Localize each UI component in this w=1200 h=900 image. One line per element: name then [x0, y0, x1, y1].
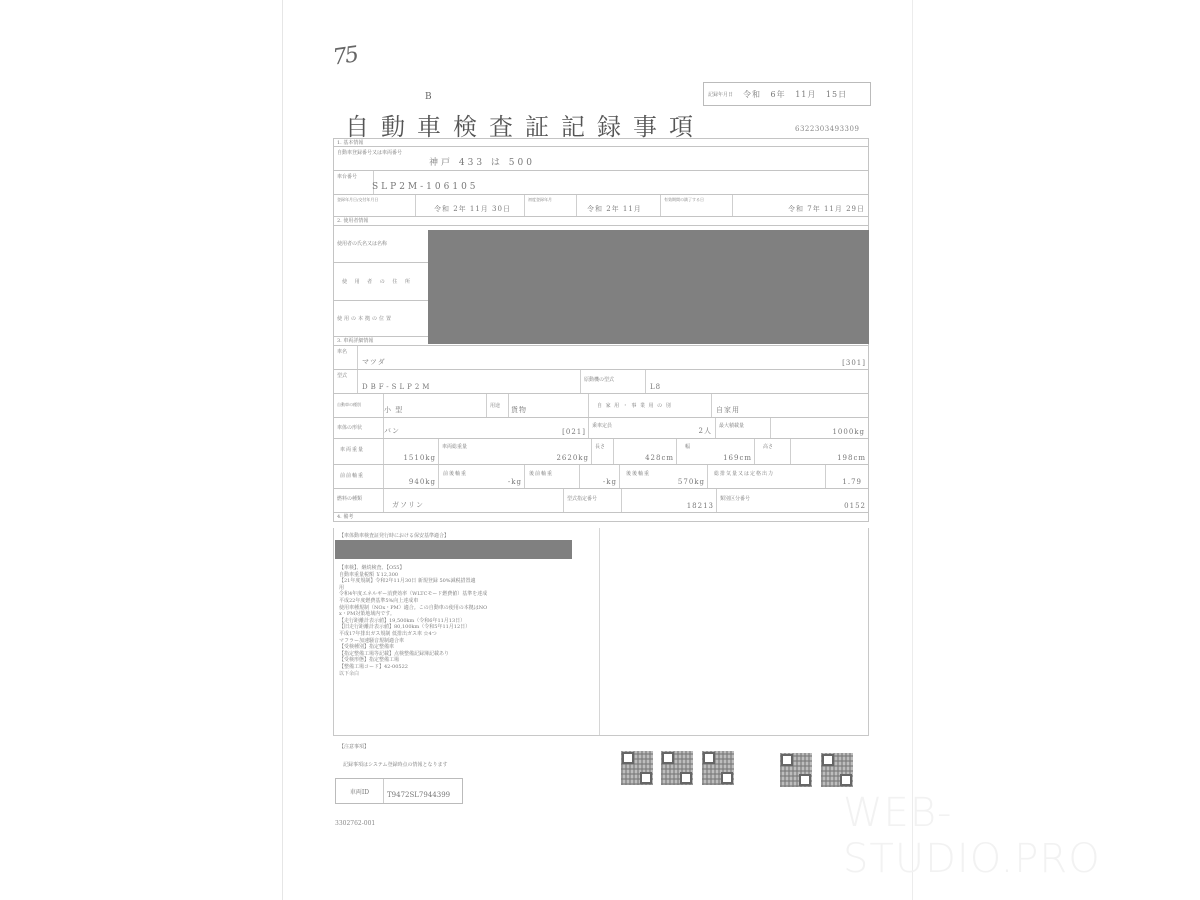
chassis-value: SLP2M-106105 [372, 182, 479, 192]
fuel-row: 燃料の種類 ガソリン 型式指定番号 18213 類別区分番号 0152 [333, 489, 869, 513]
use-label: 用途 [490, 403, 500, 409]
purpose-label: 自 家 用 ・ 事 業 用 の 別 [597, 403, 672, 409]
remarks-box: 【車体動車検査証発行時における保安基準適合】 【車検】、継続検査、【O55】 自… [333, 528, 869, 736]
make-value: マツダ [362, 357, 386, 367]
type-designation-label: 型式指定番号 [567, 496, 597, 502]
model-label: 型式 [337, 373, 347, 379]
registration-label: 自動車登録番号又は車両番号 [337, 150, 402, 156]
engine-label: 原動機の型式 [584, 377, 614, 383]
width-value: 169cm [723, 454, 752, 462]
rear-axle-value: 570kg [678, 478, 705, 486]
axle-row: 前前軸重 940kg 前後軸重 -kg 後前軸重 -kg 後後軸重 570kg … [333, 465, 869, 489]
expiry-value: 令和 7年 11月 29日 [788, 204, 865, 214]
handwritten-note: 75 [331, 42, 358, 70]
expiry-label: 有効期間の満了する日 [664, 197, 704, 202]
page-edge-right [912, 0, 913, 900]
max-load-label: 最大積載量 [719, 423, 744, 429]
user-address-label: 使 用 者 の 住 所 [342, 279, 413, 285]
record-date-box: 記録年月日 令和 6年 11月 15日 [703, 82, 871, 106]
notes-text: 記録事項はシステム登録時点の情報となります [343, 761, 448, 768]
make-code: [301] [842, 359, 866, 367]
rear-front-axle-value: -kg [603, 478, 617, 486]
displacement-value: 1.79 [842, 478, 862, 486]
record-date-value: 令和 6年 11月 15日 [743, 89, 847, 100]
engine-value: L8 [650, 383, 661, 391]
dates-row: 登録年月日/交付年月日 令和 2年 11月 30日 初度登録年月 令和 2年 1… [333, 195, 869, 217]
class-label: 自動車の種別 [337, 402, 361, 407]
category-label: 類別区分番号 [720, 496, 750, 502]
purpose-value: 自家用 [716, 405, 740, 415]
max-load-value: 1000kg [832, 428, 865, 436]
qr-code-5-icon [821, 753, 853, 787]
remarks-text: 【車検】、継続検査、【O55】 自動車重量税額 ￥12,300 【21年度規制】… [339, 565, 601, 677]
rear-axle-label: 後後軸重 [626, 471, 650, 477]
redaction-user-info [428, 230, 869, 344]
document-title: 自動車検査証記録事項 [345, 107, 705, 142]
base-location-label: 使用の本拠の位置 [337, 316, 393, 322]
page-edge-left [282, 0, 283, 900]
footer-code: 3302762-001 [335, 820, 375, 827]
section-2-heading: 2. 使用者情報 [333, 217, 869, 226]
body-label: 車体の形状 [337, 425, 362, 431]
width-label: 幅 [685, 444, 690, 450]
first-year-label: 初度登録年月 [528, 197, 552, 202]
gross-weight-label: 車両総重量 [442, 444, 467, 450]
front-rear-axle-label: 前後軸重 [443, 471, 467, 477]
fuel-value: ガソリン [392, 500, 424, 510]
capacity-label: 乗車定員 [592, 423, 612, 429]
rear-front-axle-label: 後前軸重 [529, 471, 553, 477]
section-4-heading: 4. 備考 [333, 513, 869, 522]
length-label: 長さ [595, 444, 605, 450]
section-1-heading: 1. 基本情報 [333, 138, 869, 147]
qr-code-3-icon [702, 751, 734, 785]
front-axle-value: 940kg [409, 478, 436, 486]
height-value: 198cm [837, 454, 866, 462]
class-row: 自動車の種別 小 型 用途 貨物 自 家 用 ・ 事 業 用 の 別 自家用 [333, 394, 869, 418]
remarks-subheading: 【車体動車検査証発行時における保安基準適合】 [339, 532, 449, 539]
category-value: 0152 [844, 502, 866, 510]
capacity-value: 2人 [699, 426, 712, 436]
first-reg-label: 登録年月日/交付年月日 [337, 197, 378, 202]
use-value: 貨物 [511, 405, 527, 415]
model-value: DBF-SLP2M [362, 383, 432, 391]
front-axle-label: 前前軸重 [340, 473, 364, 479]
registration-value: 神戸 433 は 500 [429, 155, 535, 168]
qr-code-4-icon [780, 753, 812, 787]
body-code: [021] [562, 428, 586, 436]
chassis-label: 車台番号 [337, 174, 357, 180]
gross-weight-value: 2620kg [556, 454, 589, 462]
make-label: 車名 [337, 349, 347, 355]
first-year-value: 令和 2年 11月 [587, 204, 642, 214]
chassis-row: 車台番号 SLP2M-106105 [333, 171, 869, 195]
user-name-label: 使用者の氏名又は名称 [337, 241, 387, 247]
length-value: 428cm [645, 454, 674, 462]
record-date-label: 記録年月日 [704, 91, 737, 98]
body-value: バン [384, 426, 400, 436]
notes-heading: 【注意事項】 [339, 743, 369, 750]
displacement-label: 総排気量又は定格出力 [714, 471, 774, 477]
weight-row: 車両重量 1510kg 車両総重量 2620kg 長さ 428cm 幅 169c… [333, 439, 869, 465]
type-designation-value: 18213 [687, 502, 714, 510]
make-row: 車名 マツダ [301] [333, 346, 869, 370]
class-value: 小 型 [384, 405, 403, 415]
qr-code-1-icon [621, 751, 653, 785]
weight-value: 1510kg [403, 454, 436, 462]
form-letter: B [425, 92, 432, 102]
fuel-label: 燃料の種類 [337, 496, 362, 502]
body-row: 車体の形状 バン [021] 乗車定員 2人 最大積載量 1000kg [333, 418, 869, 439]
watermark: WEB-STUDIO.PRO [843, 790, 1200, 882]
vehicle-id-value: T9472SL7944399 [384, 779, 450, 803]
height-label: 高さ [763, 444, 773, 450]
first-reg-value: 令和 2年 11月 30日 [434, 204, 511, 214]
vehicle-id-box: 車両ID T9472SL7944399 [335, 778, 463, 804]
registration-row: 自動車登録番号又は車両番号 神戸 433 は 500 [333, 147, 869, 171]
qr-code-2-icon [661, 751, 693, 785]
front-rear-axle-value: -kg [508, 478, 522, 486]
vehicle-id-label: 車両ID [336, 779, 384, 803]
weight-label: 車両重量 [340, 447, 364, 453]
model-row: 型式 DBF-SLP2M 原動機の型式 L8 [333, 370, 869, 394]
document-number: 6322303493309 [795, 125, 859, 133]
